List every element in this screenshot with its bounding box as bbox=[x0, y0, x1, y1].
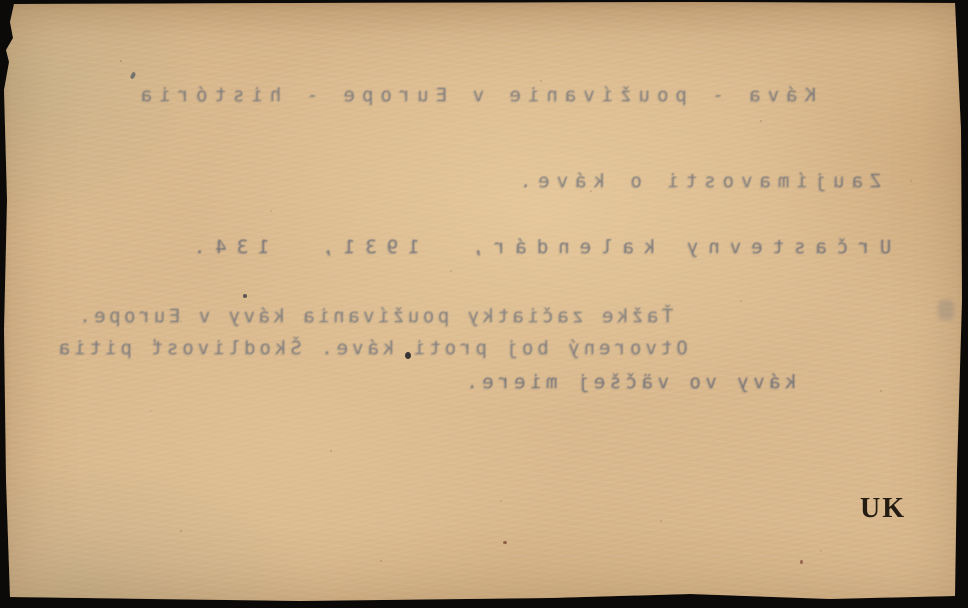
ink-speck bbox=[130, 71, 137, 79]
bleedthrough-text-line: Ťažke začiatky používania kávy v Europe. bbox=[76, 305, 674, 327]
bleedthrough-text-line: Zaujímavosti o káve. bbox=[513, 170, 882, 192]
bleedthrough-text-line: Káva - používanie v Europe - história bbox=[134, 84, 816, 106]
scanner-background: Káva - používanie v Europe - história Za… bbox=[0, 0, 968, 608]
paper-speck bbox=[503, 541, 507, 544]
paper-grain-specks bbox=[120, 60, 122, 62]
ink-speck bbox=[405, 352, 411, 359]
paper-speck bbox=[800, 560, 803, 564]
bleedthrough-text-line: kávy vo väčšej miere. bbox=[462, 371, 797, 393]
ink-speck bbox=[243, 294, 247, 298]
bleedthrough-text-line: Otvorený boj proti káve. Škodlivosť piti… bbox=[55, 337, 688, 359]
bleedthrough-text-line: Určastevny kalendár, 1931, 134. bbox=[184, 236, 892, 258]
uk-stamp: UK bbox=[860, 493, 906, 525]
edge-smudge bbox=[938, 300, 954, 320]
catalog-card-back: Káva - používanie v Europe - história Za… bbox=[0, 0, 968, 608]
